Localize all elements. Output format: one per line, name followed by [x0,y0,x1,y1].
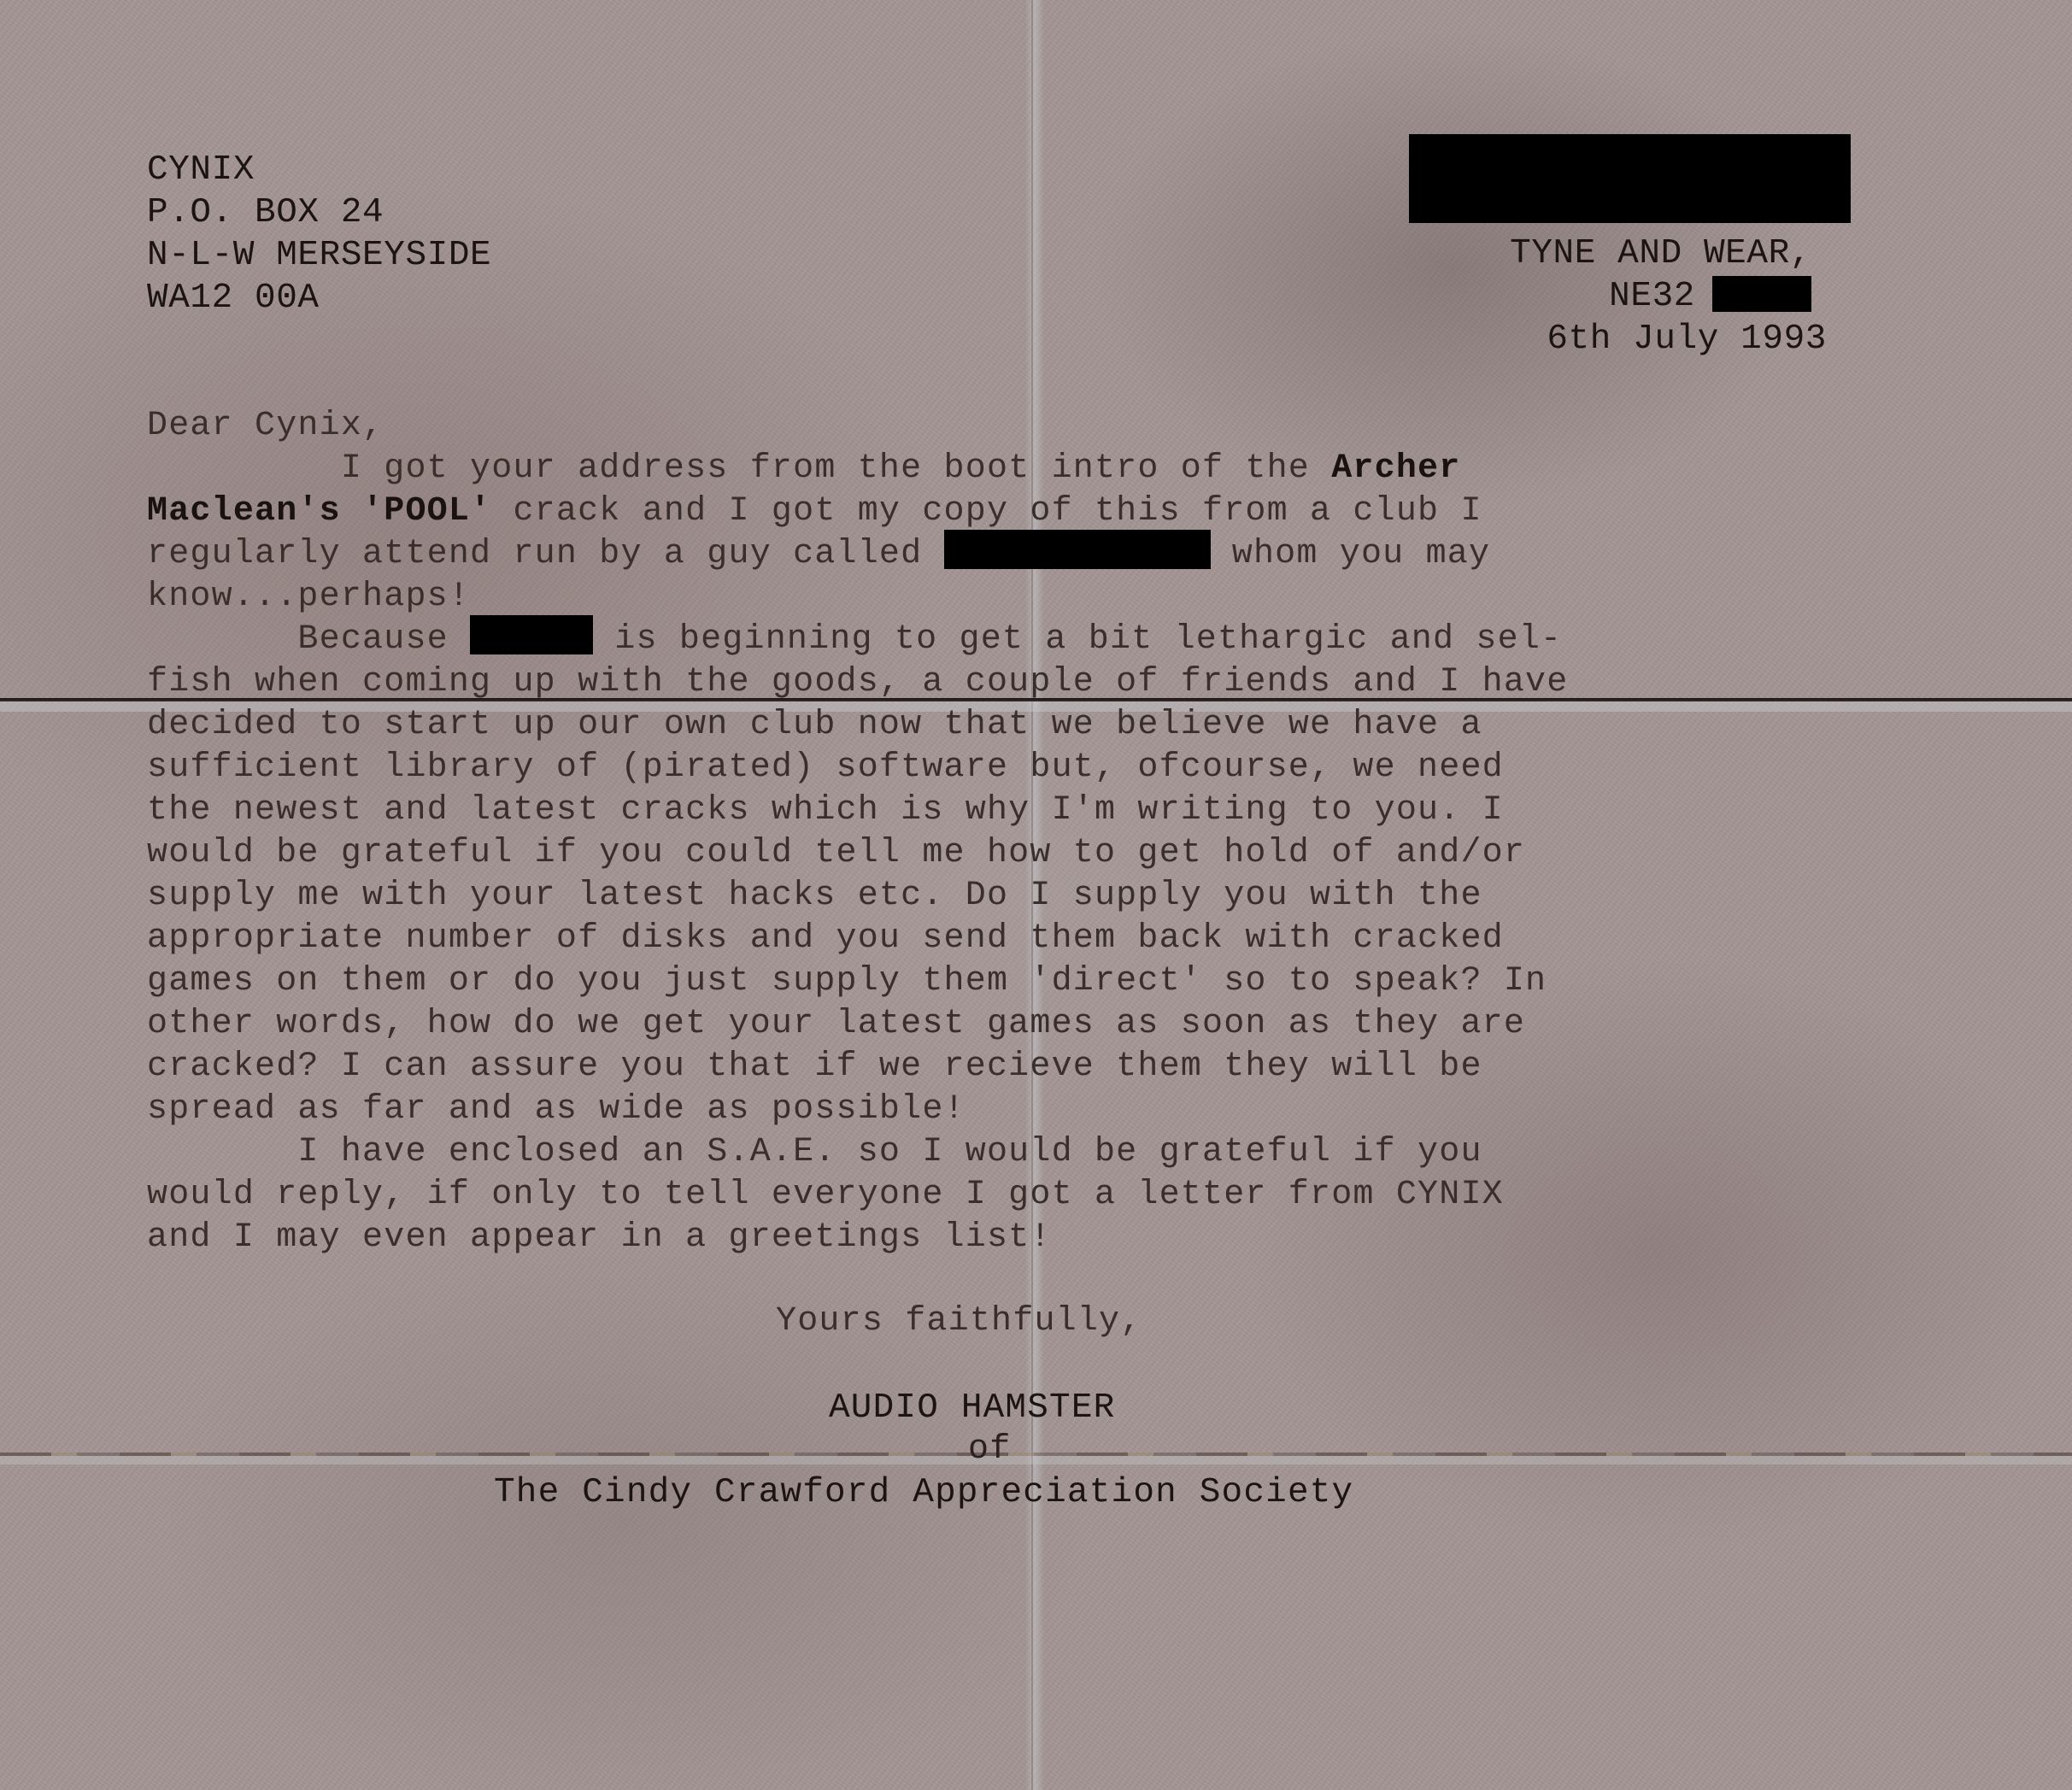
body-line: decided to start up our own club now tha… [147,704,1568,747]
recipient-address: CYNIX P.O. BOX 24 N-L-W MERSEYSIDE WA12 … [147,149,491,320]
redacted-club-owner-name [944,530,1211,569]
body-line: cracked? I can assure you that if we rec… [147,1046,1568,1089]
body-text: I got your address from the boot intro o… [147,449,1331,488]
body-text: Because [147,620,470,659]
recipient-address-line: WA12 00A [147,277,491,320]
body-line: spread as far and as wide as possible! [147,1089,1568,1131]
body-line: games on them or do you just supply them… [147,960,1568,1003]
recipient-address-line: P.O. BOX 24 [147,191,491,234]
redacted-club-owner-name [470,615,593,654]
letter-date: 6th July 1993 [1510,318,1827,361]
body-line: other words, how do we get your latest g… [147,1003,1568,1046]
signature-organization: The Cindy Crawford Appreciation Society [494,1471,1353,1514]
bold-game-title: Maclean's 'POOL' [147,492,491,531]
body-text: regularly attend run by a guy called [147,535,944,573]
body-line: supply me with your latest hacks etc. Do… [147,875,1568,918]
body-line: the newest and latest cracks which is wh… [147,789,1568,832]
body-line: Maclean's 'POOL' crack and I got my copy… [147,490,1568,533]
body-line: Because is beginning to get a bit lethar… [147,619,1568,661]
recipient-address-line: CYNIX [147,149,491,191]
body-line: regularly attend run by a guy called who… [147,533,1568,576]
body-line: fish when coming up with the goods, a co… [147,661,1568,704]
signature-of: of [968,1429,1011,1471]
letter-body: Dear Cynix, I got your address from the … [147,405,1568,1259]
body-line: sufficient library of (pirated) software… [147,747,1568,789]
body-line: I got your address from the boot intro o… [147,448,1568,490]
redacted-sender-street [1409,134,1851,223]
body-line: would reply, if only to tell everyone I … [147,1174,1568,1217]
body-line: I have enclosed an S.A.E. so I would be … [147,1131,1568,1174]
valediction: Yours faithfully, [776,1300,1142,1343]
recipient-address-line: N-L-W MERSEYSIDE [147,234,491,277]
body-line: know...perhaps! [147,576,1568,619]
redacted-postcode-suffix [1712,276,1811,312]
sender-postcode-prefix: NE32 [1609,277,1695,316]
body-line: would be grateful if you could tell me h… [147,832,1568,875]
bold-game-author: Archer [1331,449,1460,488]
body-line: and I may even appear in a greetings lis… [147,1217,1568,1259]
body-text: whom you may [1211,535,1491,573]
signature-name: AUDIO HAMSTER [829,1387,1115,1429]
sender-address: TYNE AND WEAR, NE32 6th July 1993 [1510,232,1811,361]
sender-region: TYNE AND WEAR, [1510,232,1811,275]
body-text: crack and I got my copy of this from a c… [491,492,1482,531]
sender-postcode: NE32 [1510,275,1811,318]
body-line: appropriate number of disks and you send… [147,918,1568,960]
horizontal-fold-highlight-lower [0,1456,2072,1464]
letter-page: CYNIX P.O. BOX 24 N-L-W MERSEYSIDE WA12 … [0,0,2072,1790]
salutation: Dear Cynix, [147,405,1568,448]
body-text: is beginning to get a bit lethargic and … [593,620,1562,659]
